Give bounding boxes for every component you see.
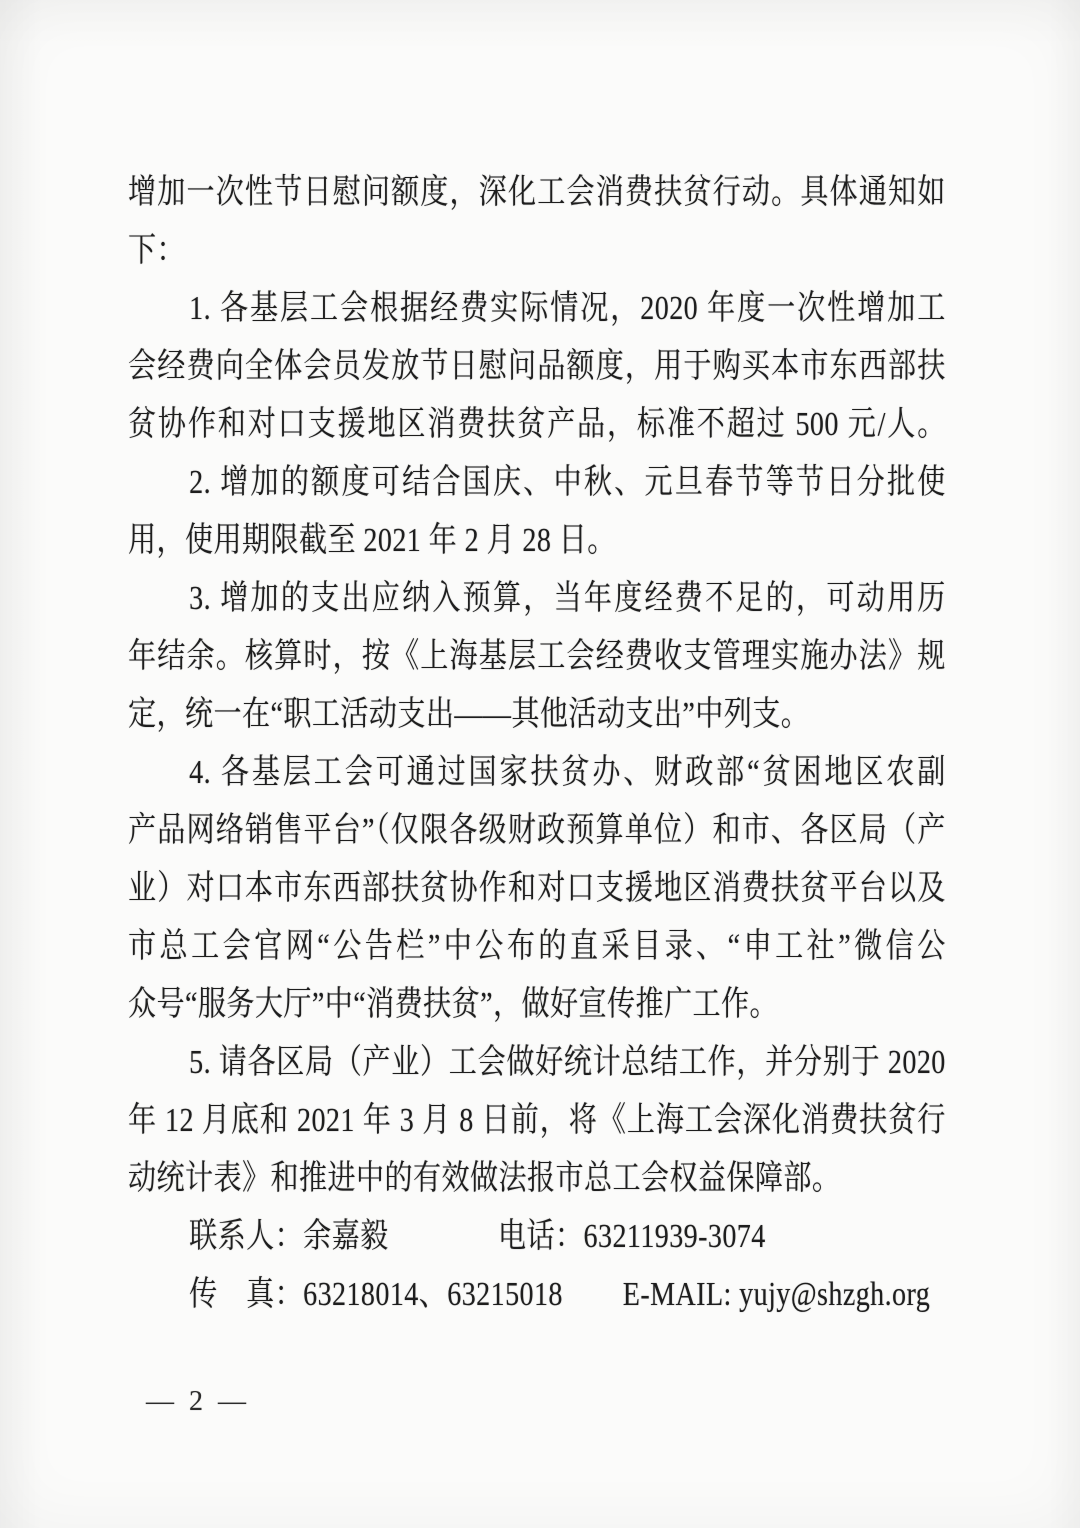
body-line: 下： (128, 222, 946, 280)
body-line-item-1: 1. 各基层工会根据经费实际情况，2020 年度一次性增加工 (128, 280, 946, 338)
body-line-item-3: 3. 增加的支出应纳入预算，当年度经费不足的，可动用历 (128, 570, 946, 628)
page-number: — 2 — (146, 1386, 250, 1418)
body-line: 业）对口本市东西部扶贫协作和对口支援地区消费扶贫平台以及 (128, 860, 946, 918)
body-line: 增加一次性节日慰问额度，深化工会消费扶贫行动。具体通知如 (128, 164, 946, 222)
body-line: 产品网络销售平台”（仅限各级财政预算单位）和市、各区局（产 (128, 802, 946, 860)
contact-fax: 传 真：63218014、63215018 (189, 1276, 563, 1313)
body-line: 用，使用期限截至 2021 年 2 月 28 日。 (128, 512, 946, 570)
body-line: 年结余。核算时，按《上海基层工会经费收支管理实施办法》规 (128, 628, 946, 686)
body-line: 动统计表》和推进中的有效做法报市总工会权益保障部。 (128, 1150, 946, 1208)
body-line: 众号“服务大厅”中“消费扶贫”，做好宣传推广工作。 (128, 976, 946, 1034)
fax-email-line: 传 真：63218014、63215018 E-MAIL: yujy@shzgh… (128, 1266, 946, 1324)
contact-phone: 电话：63211939-3074 (498, 1208, 766, 1266)
contact-email: E-MAIL: yujy@shzgh.org (623, 1266, 930, 1324)
body-line: 定，统一在“职工活动支出——其他活动支出”中列支。 (128, 686, 946, 744)
body-line-item-4: 4. 各基层工会可通过国家扶贫办、财政部“贫困地区农副 (128, 744, 946, 802)
document-page: 增加一次性节日慰问额度，深化工会消费扶贫行动。具体通知如 下： 1. 各基层工会… (0, 0, 1080, 1528)
body-line: 市总工会官网“公告栏”中公布的直采目录、“申工社”微信公 (128, 918, 946, 976)
body-line-item-2: 2. 增加的额度可结合国庆、中秋、元旦春节等节日分批使 (128, 454, 946, 512)
document-body: 增加一次性节日慰问额度，深化工会消费扶贫行动。具体通知如 下： 1. 各基层工会… (128, 164, 946, 1324)
body-line: 会经费向全体会员发放节日慰问品额度，用于购买本市东西部扶 (128, 338, 946, 396)
contact-line: 联系人：余嘉毅 电话：63211939-3074 (128, 1208, 946, 1266)
body-line: 年 12 月底和 2021 年 3 月 8 日前，将《上海工会深化消费扶贫行 (128, 1092, 946, 1150)
contact-person: 联系人：余嘉毅 (189, 1218, 388, 1255)
body-line-item-5: 5. 请各区局（产业）工会做好统计总结工作，并分别于 2020 (128, 1034, 946, 1092)
body-line: 贫协作和对口支援地区消费扶贫产品，标准不超过 500 元/人。 (128, 396, 946, 454)
